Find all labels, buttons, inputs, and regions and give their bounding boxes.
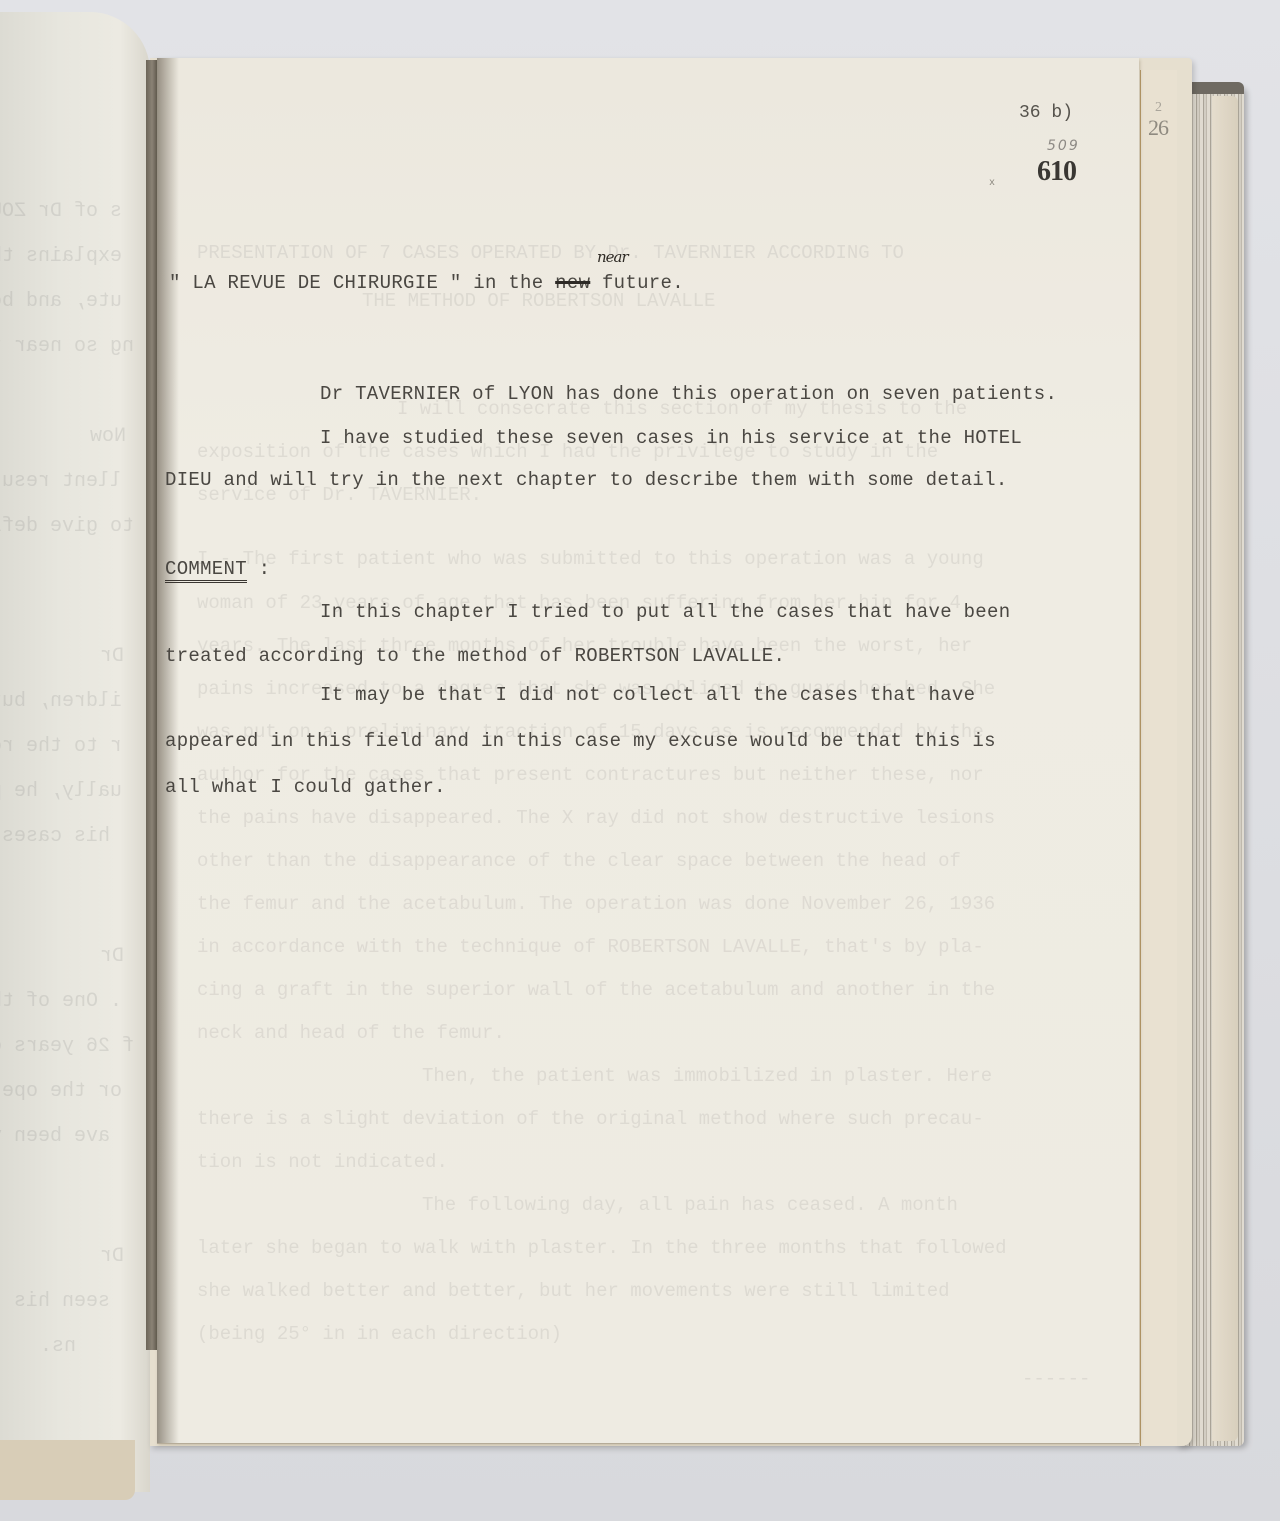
show-through-line: later she began to walk with plaster. In… [197,1237,1007,1259]
show-through-line: there is a slight deviation of the origi… [197,1108,984,1130]
show-through-line: she walked better and better, but her mo… [197,1280,950,1302]
show-through-line: PRESENTATION OF 7 CASES OPERATED BY Dr. … [197,242,904,264]
mirrored-text: r to the re [0,737,122,757]
mirrored-text: seen his r [0,1292,110,1312]
paragraph-line: I have studied these seven cases in his … [320,427,1022,449]
show-through-line: ------ [1022,1368,1090,1390]
handwritten-insertion: near [597,248,628,266]
paragraph-line: DIEU and will try in the next chapter to… [165,469,1008,491]
pencil-mark: x [989,178,995,189]
show-through-line: neck and head of the femur. [197,1022,505,1044]
left-page-cover-edge [0,1440,135,1500]
typed-page: PRESENTATION OF 7 CASES OPERATED BY Dr. … [157,58,1139,1443]
mirrored-text: f 26 years o [0,1037,134,1057]
paragraph-line: all what I could gather. [165,776,446,798]
comment-heading: COMMENT : [165,558,270,580]
mirrored-text: explains th [0,247,122,267]
show-through-line: other than the disappearance of the clea… [197,850,961,872]
paragraph-line: treated according to the method of ROBER… [165,645,785,667]
struck-word: new [555,272,590,294]
show-through-line: The following day, all pain has ceased. … [422,1194,958,1216]
show-through-line: Then, the patient was immobilized in pla… [422,1065,992,1087]
mirrored-text: ave been v [0,1127,110,1147]
mirrored-text: ute, and be [0,292,122,312]
section-reference: 36 b) [1019,103,1073,123]
mirrored-text: Dr [100,947,124,967]
mirrored-text: ually, he p [0,782,122,802]
mirrored-text: ildren, but [0,692,122,712]
mirrored-text: ns. [40,1337,76,1357]
mirrored-text: his cases. [0,827,110,847]
left-facing-page: s of Dr ZOU explains th ute, and be ng s… [0,12,150,1492]
show-through-line: (being 25° in in each direction) [197,1323,562,1345]
show-through-line: the femur and the acetabulum. The operat… [197,893,995,915]
show-through-line: tion is not indicated. [197,1151,448,1173]
folio-number: 610 [1037,156,1076,188]
paragraph-line: appeared in this field and in this case … [165,730,996,752]
mirrored-text: to give defi [0,517,134,537]
mirrored-text: Dr [100,647,124,667]
mirrored-text: Dr [100,1247,124,1267]
paragraph-line: Dr TAVERNIER of LYON has done this opera… [320,383,1057,405]
binding-margin-strip [1140,70,1177,1446]
mirrored-text: Now [90,427,126,447]
show-through-line: I - The first patient who was submitted … [197,548,984,570]
show-through-line: in accordance with the technique of ROBE… [197,936,984,958]
pencil-folio-correction: 509 [1047,138,1080,154]
paragraph-line: In this chapter I tried to put all the c… [320,601,1010,623]
mirrored-text: . One of th [0,992,122,1012]
mirrored-text: s of Dr ZOU [0,202,122,222]
mirrored-text: llent resul [0,472,122,492]
paragraph-line: It may be that I did not collect all the… [320,684,975,706]
margin-page-number: 2 26 [1140,98,1176,138]
show-through-line: cing a graft in the superior wall of the… [197,979,995,1001]
show-through-line: the pains have disappeared. The X ray di… [197,807,995,829]
mirrored-text: ng so near t [0,337,134,357]
text-line-continuation: " LA REVUE DE CHIRURGIE " in the new fut… [169,272,684,294]
mirrored-text: or the oper [0,1082,122,1102]
